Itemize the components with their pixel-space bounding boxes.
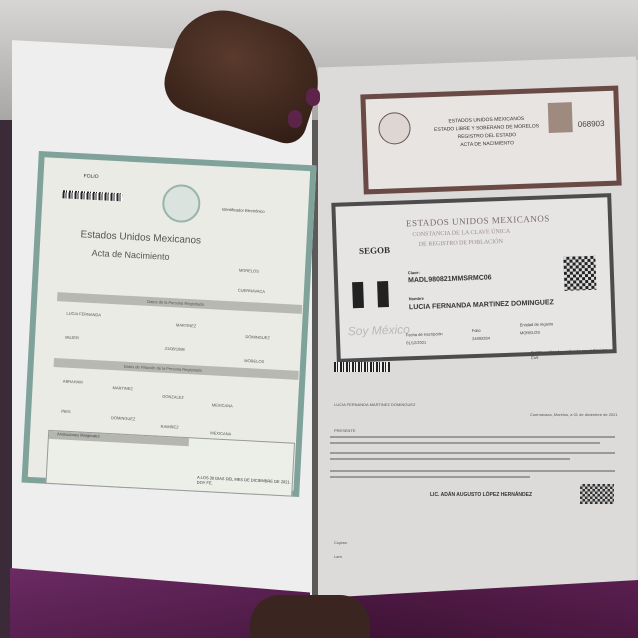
letter-greeting: PRESENTE [334,428,356,433]
marginal-notes-title: Anotaciones Marginales [49,431,189,446]
state-value: MORELOS [239,268,259,274]
sex-value: MUJER [65,335,79,341]
birth-place: MORELOS [244,358,264,364]
text-line [330,436,615,438]
curp-subheader2: DE REGISTRO DE POBLACIÓN [419,239,503,248]
folio-label: Folio [472,328,481,333]
fecha-label: Fecha de inscripción [406,331,443,337]
clave-value: MADL980821MMSRMC06 [408,274,492,284]
letter-date: Cuernavaca, Morelos, a 01 de diciembre d… [530,412,618,417]
folio-label: FOLIO [83,173,98,180]
id-label: Identificador Electrónico [222,207,302,216]
nombre-value: LUCIA FERNANDA MARTINEZ DOMINGUEZ [409,299,554,311]
fingernail [288,110,302,128]
parent1-name: ABRAHAM [63,379,83,385]
curp-subheader1: CONSTANCIA DE LA CLAVE ÚNICA [412,229,510,238]
qr-code-icon [580,484,614,504]
barcode-icon [334,362,390,372]
text-line [330,470,615,472]
birth-certificate: FOLIO Identificador Electrónico Estados … [22,151,317,497]
text-line [330,458,570,460]
hand-bottom [250,595,370,638]
curp-header: ESTADOS UNIDOS MEXICANOS [406,213,550,228]
fecha-value: 01/12/2021 [406,340,426,346]
text-line [330,442,600,444]
nombre-label: Nombre [409,296,424,302]
text-line [330,476,530,478]
curp-letter: LUCIA FERNANDA MARTINEZ DOMINGUEZ Cuerna… [330,362,620,582]
certification-date: A LOS 30 DIAS DEL MES DE DICIEMBRE DE 20… [197,475,292,490]
second-surname: DOMINGUEZ [245,334,270,340]
first-surname: MARTINEZ [176,322,197,328]
parent1-surname1: MARTINEZ [112,385,133,391]
folio-value: 24993284 [472,335,490,341]
clave-label: Clave: [408,270,420,275]
fingernail [306,88,320,106]
barcode-icon [62,190,122,201]
letter-footer2: Lam [334,554,342,559]
curp-document: ESTADOS UNIDOS MEXICANOS CONSTANCIA DE L… [331,193,616,363]
birth-certificate-back: ESTADOS UNIDOS MEXICANOS ESTADO LIBRE Y … [360,86,621,195]
birth-date: 21/08/1998 [165,346,185,352]
soy-mexico-text: Soy México [348,322,410,338]
entidad-value: MORELOS [520,330,540,336]
parent2-surname2: RAMIREZ [161,424,179,430]
cert-title: Estados Unidos Mexicanos [80,229,201,246]
parent1-nationality: MEXICANA [212,402,233,408]
parent2-name: INES [61,408,71,413]
state-emblem-icon [548,102,573,133]
letter-recipient: LUCIA FERNANDA MARTINEZ DOMINGUEZ [334,402,416,407]
entidad-label: Entidad de registro [520,321,554,327]
cert-number: 068903 [578,119,605,129]
national-seal-icon [378,112,411,145]
national-seal-icon [161,184,201,224]
first-names: LUCIA FERNANDA [66,311,101,318]
text-line [330,452,615,454]
municipality-value: CUERNAVACA [238,288,265,294]
parent2-nationality: MEXICANA [210,430,231,436]
signer-name: LIC. ADÁN AUGUSTO LÓPEZ HERNÁNDEZ [430,492,532,498]
segob-logo: SEGOB [359,245,390,256]
qr-code-icon [563,256,596,291]
cert-subtitle: Acta de Nacimiento [91,248,169,262]
mexico-flag-icon [352,281,389,308]
letter-footer1: Copias: [334,540,348,545]
parent1-surname2: GONZALEZ [162,394,184,400]
parent2-surname1: DOMINGUEZ [111,415,136,421]
